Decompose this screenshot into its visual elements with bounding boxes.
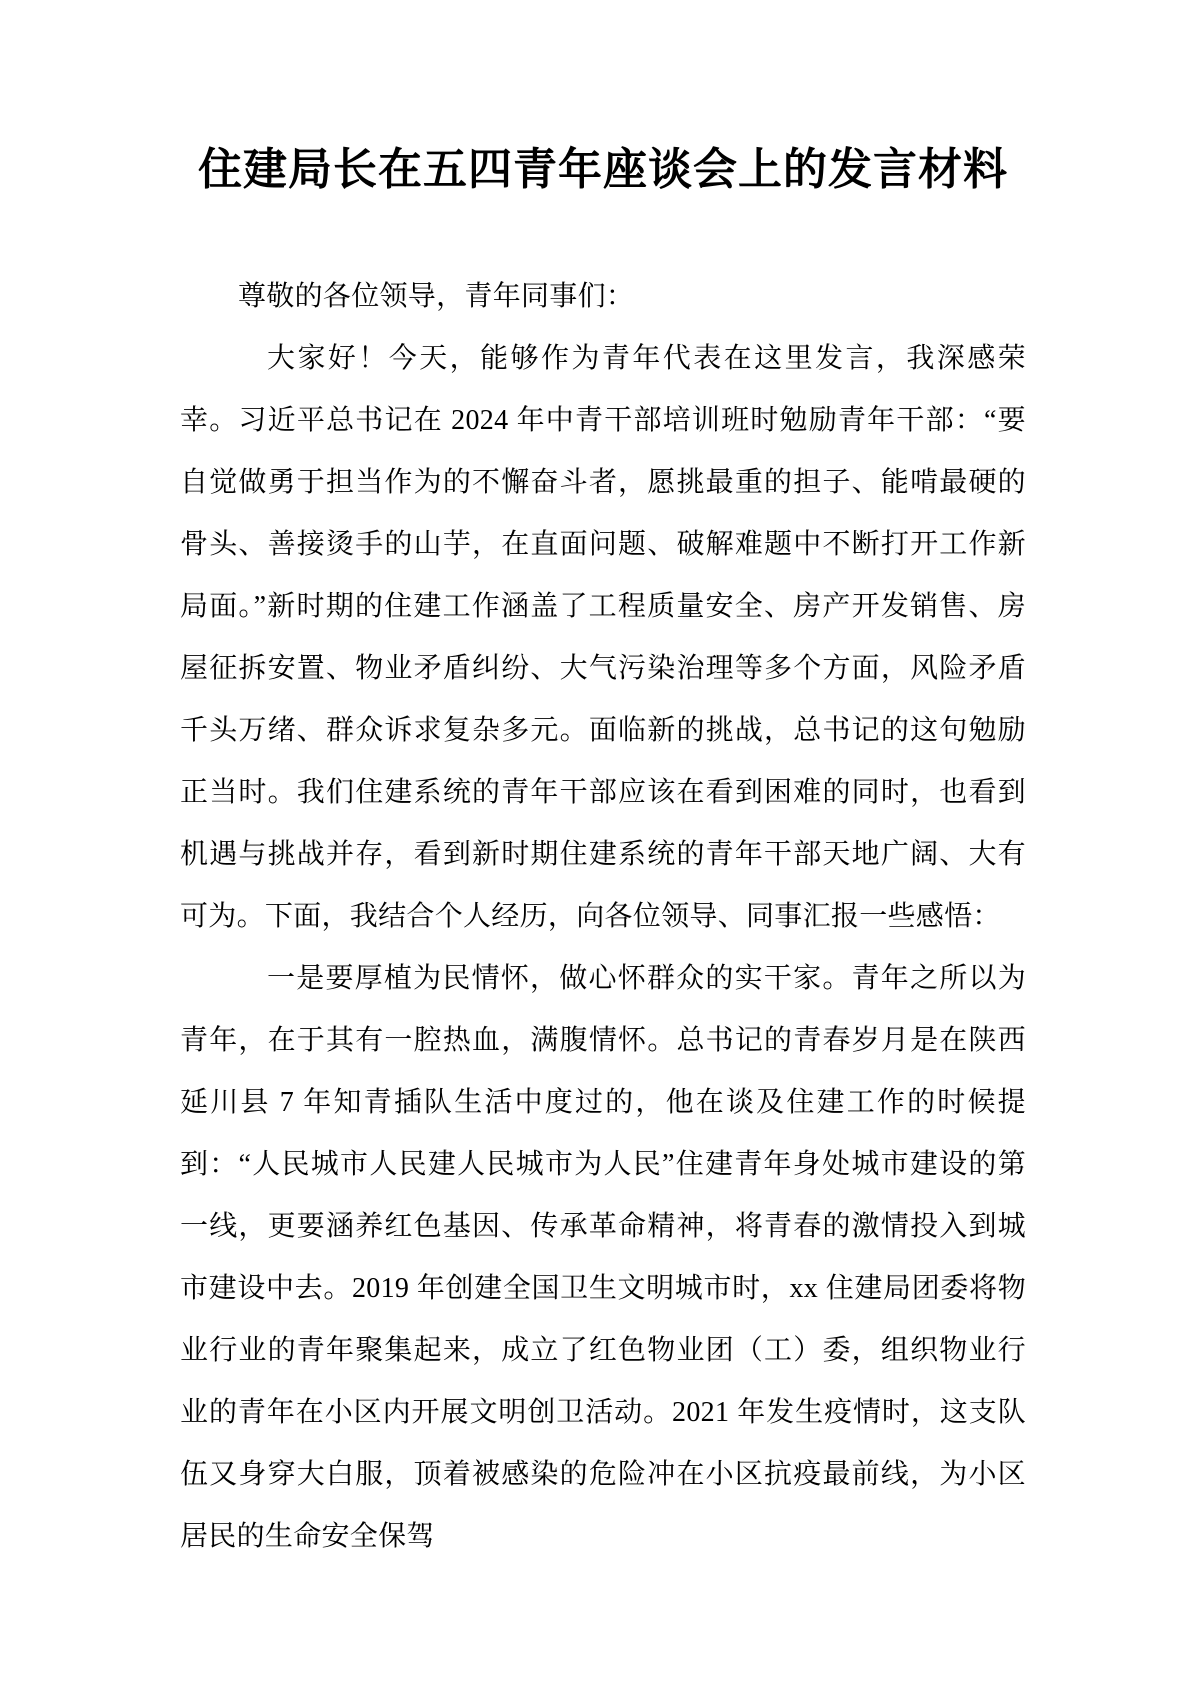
paragraph-point-one: 一是要厚植为民情怀，做心怀群众的实干家。青年之所以为青年，在于其有一腔热血，满腹…: [180, 948, 1026, 1568]
document-title: 住建局长在五四青年座谈会上的发言材料: [180, 140, 1026, 200]
paragraph-opening: 大家好！今天，能够作为青年代表在这里发言，我深感荣幸。习近平总书记在 2024 …: [180, 328, 1026, 948]
paragraph-salutation: 尊敬的各位领导，青年同事们：: [180, 266, 1026, 328]
document-page: 住建局长在五四青年座谈会上的发言材料 尊敬的各位领导，青年同事们： 大家好！今天…: [0, 0, 1190, 1683]
